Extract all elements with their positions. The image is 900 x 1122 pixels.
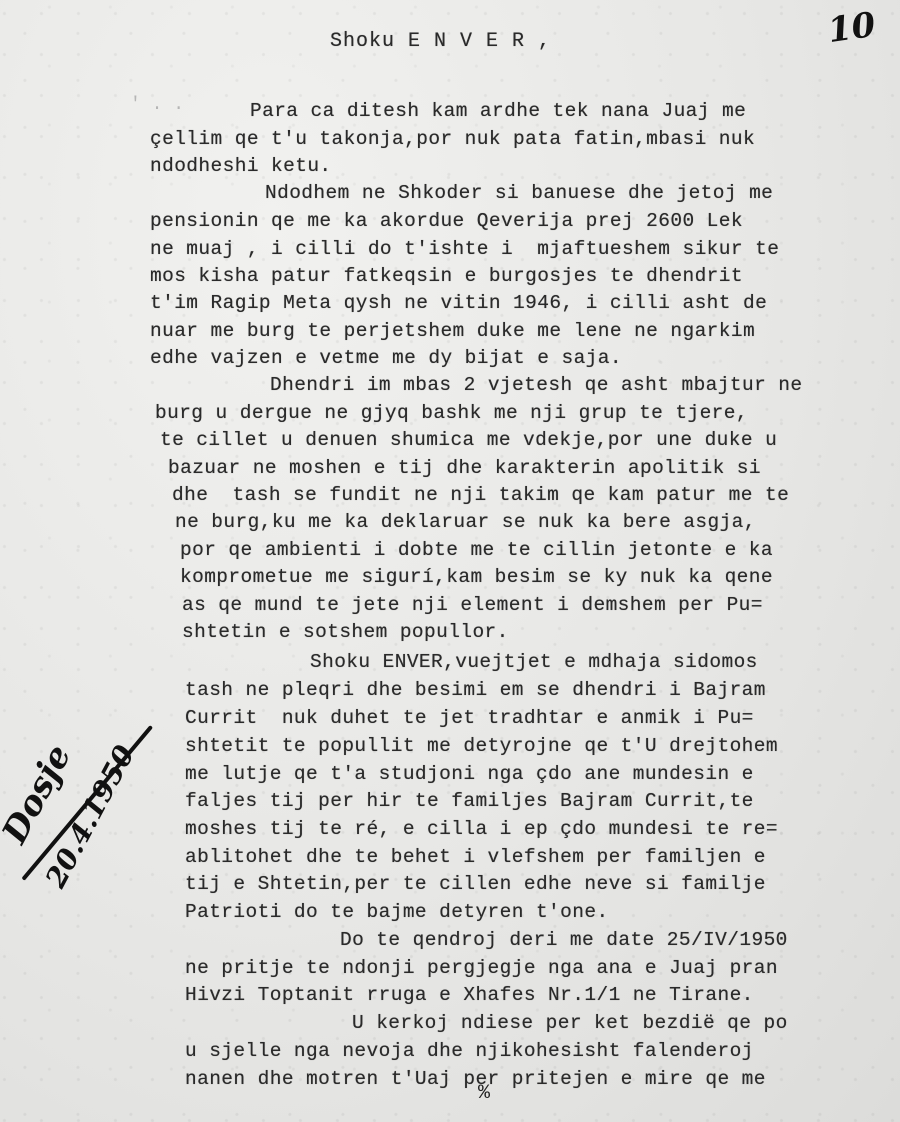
text-line: dhe tash se fundit ne nji takim qe kam p… (172, 484, 789, 506)
text-line: tij e Shtetin,per te cillen edhe neve si… (185, 873, 766, 895)
text-line: nuar me burg te perjetshem duke me lene … (150, 320, 755, 342)
text-line: shtetin e sotshem popullor. (182, 621, 509, 643)
handwritten-annotation: Dosje 20.4.1950 (10, 700, 200, 900)
text-line: pensionin qe me ka akordue Qeverija prej… (150, 210, 743, 232)
text-line: ne burg,ku me ka deklaruar se nuk ka ber… (175, 511, 756, 533)
text-line: nanen dhe motren t'Uaj per pritejen e mi… (185, 1068, 766, 1090)
document-page: ' . . Shoku E N V E R , 10 Para ca dites… (0, 0, 900, 1122)
text-line: por qe ambienti i dobte me te cillin jet… (180, 539, 773, 561)
text-line: t'im Ragip Meta qysh ne vitin 1946, i ci… (150, 292, 767, 314)
text-line: Shoku ENVER,vuejtjet e mdhaja sidomos (310, 651, 758, 673)
text-line: u sjelle nga nevoja dhe njikohesisht fal… (185, 1040, 754, 1062)
text-line: çellim qe t'u takonja,por nuk pata fatin… (150, 128, 755, 150)
page-number: 10 (825, 5, 877, 51)
text-line: Hivzi Toptanit rruga e Xhafes Nr.1/1 ne … (185, 984, 754, 1006)
text-line: ne pritje te ndonji pergjegje nga ana e … (185, 957, 778, 979)
text-line: ndodheshi ketu. (150, 155, 332, 177)
text-line: Currit nuk duhet te jet tradhtar e anmik… (185, 707, 754, 729)
text-line: shtetit te popullit me detyrojne qe t'U … (185, 735, 778, 757)
text-line: ne muaj , i cilli do t'ishte i mjaftuesh… (150, 238, 779, 260)
text-line: faljes tij per hir te familjes Bajram Cu… (185, 790, 754, 812)
salutation: Shoku E N V E R , (330, 30, 551, 53)
text-line: Dhendri im mbas 2 vjetesh qe asht mbajtu… (270, 374, 802, 396)
text-line: moshes tij te ré, e cilla i ep çdo munde… (185, 818, 778, 840)
text-line: edhe vajzen e vetme me dy bijat e saja. (150, 347, 622, 369)
stray-typed-mark: % (478, 1082, 490, 1105)
text-line: Para ca ditesh kam ardhe tek nana Juaj m… (250, 100, 746, 122)
text-line: Patrioti do te bajme detyren t'one. (185, 901, 609, 923)
text-line: as qe mund te jete nji element i demshem… (182, 594, 763, 616)
paper-texture (0, 0, 900, 1122)
text-line: tash ne pleqri dhe besimi em se dhendri … (185, 679, 766, 701)
text-line: te cillet u denuen shumica me vdekje,por… (160, 429, 777, 451)
text-line: me lutje qe t'a studjoni nga çdo ane mun… (185, 763, 754, 785)
text-line: U kerkoj ndiese per ket bezdië qe po (352, 1012, 788, 1034)
text-line: Ndodhem ne Shkoder si banuese dhe jetoj … (265, 182, 773, 204)
text-line: bazuar ne moshen e tij dhe karakterin ap… (168, 457, 761, 479)
text-line: burg u dergue ne gjyq bashk me nji grup … (155, 402, 748, 424)
text-line: komprometue me sigurí,kam besim se ky nu… (180, 566, 773, 588)
text-line: ablitohet dhe te behet i vlefshem per fa… (185, 846, 766, 868)
text-line: Do te qendroj deri me date 25/IV/1950 (340, 929, 788, 951)
faint-margin-marks: ' . . (130, 95, 184, 115)
text-line: mos kisha patur fatkeqsin e burgosjes te… (150, 265, 743, 287)
